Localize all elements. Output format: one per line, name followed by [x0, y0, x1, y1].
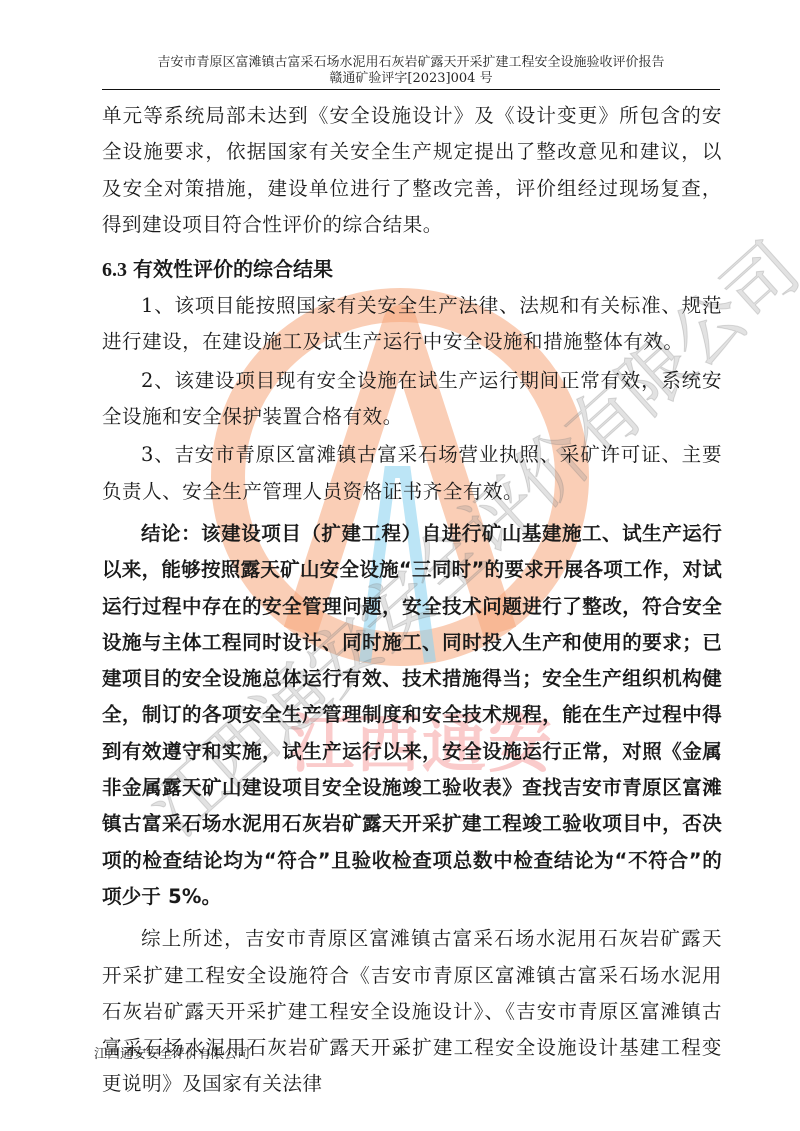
- conclusion-paragraph: 结论：该建设项目（扩建工程）自进行矿山基建施工、试生产运行以来，能够按照露天矿山…: [102, 516, 722, 915]
- list-item-3: 3、吉安市青原区富滩镇古富采石场营业执照、采矿许可证、主要负责人、安全生产管理人…: [102, 437, 722, 510]
- list-item-2: 2、该建设项目现有安全设施在试生产运行期间正常有效，系统安全设施和安全保护装置合…: [102, 363, 722, 436]
- page-number: 95: [300, 1043, 500, 1059]
- section-heading: 6.3有效性评价的综合结果: [102, 257, 722, 282]
- document-page: 江西通安 江西通安安全评价有限公司 吉安市青原区富滩镇古富采石场水泥用石灰岩矿露…: [0, 0, 800, 1131]
- intro-paragraph: 单元等系统局部未达到《安全设施设计》及《设计变更》所包含的安全设施要求，依据国家…: [102, 98, 722, 243]
- section-number: 6.3: [102, 259, 127, 281]
- document-body: 单元等系统局部未达到《安全设施设计》及《设计变更》所包含的安全设施要求，依据国家…: [102, 98, 722, 1103]
- report-title: 吉安市青原区富滩镇古富采石场水泥用石灰岩矿露天开采扩建工程安全设施验收评价报告: [102, 55, 720, 71]
- list-item-1: 1、该项目能按照国家有关安全生产法律、法规和有关标准、规范进行建设，在建设施工及…: [102, 288, 722, 361]
- header-divider: [102, 89, 720, 90]
- section-title: 有效性评价的综合结果: [133, 257, 333, 281]
- page-header: 吉安市青原区富滩镇古富采石场水泥用石灰岩矿露天开采扩建工程安全设施验收评价报告 …: [102, 55, 720, 87]
- summary-paragraph: 综上所述，吉安市青原区富滩镇古富采石场水泥用石灰岩矿露天开采扩建工程安全设施符合…: [102, 921, 722, 1102]
- report-code: 赣通矿验评字[2023]004 号: [102, 71, 720, 87]
- footer-company: 江西通安安全评价有限公司: [94, 1043, 250, 1062]
